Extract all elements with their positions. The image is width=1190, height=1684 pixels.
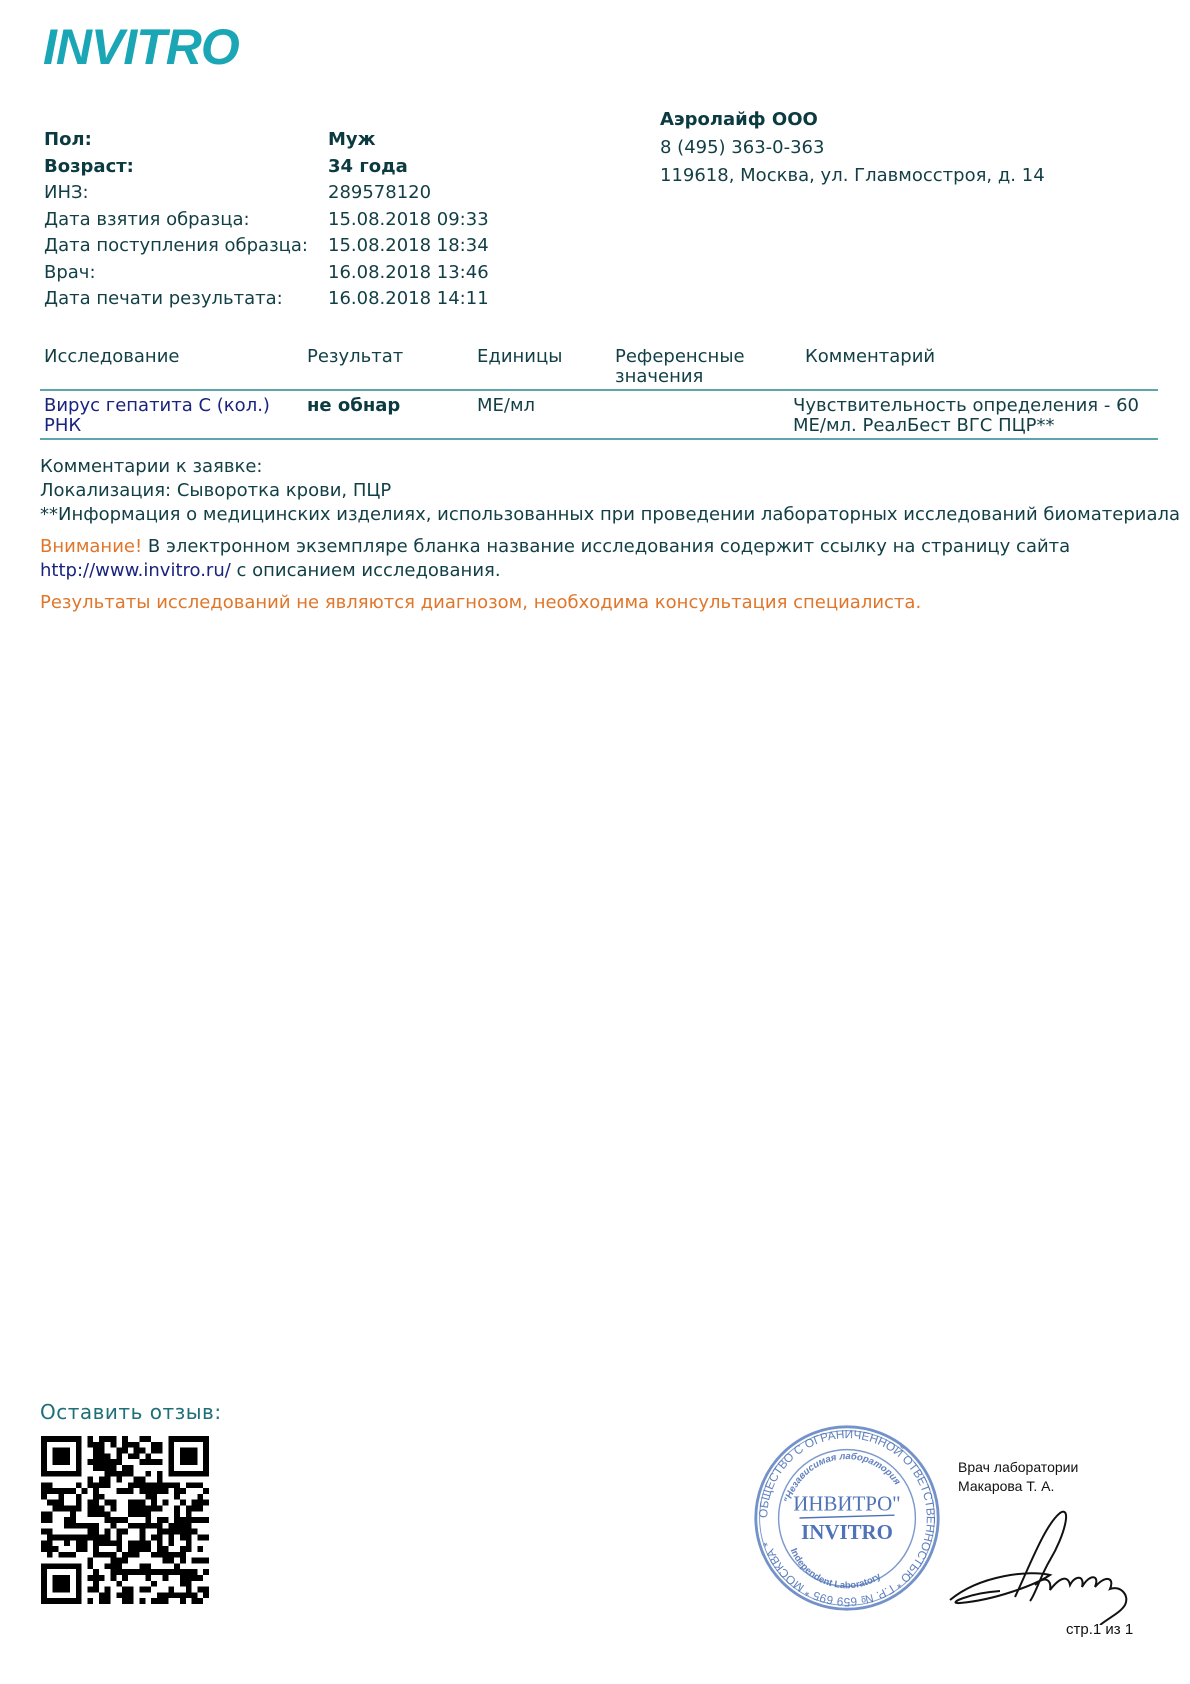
comments-block: Комментарии к заявке: Локализация: Сывор… [40, 455, 1180, 615]
table-row: Вирус гепатита С (кол.)РНК не обнар МЕ/м… [0, 396, 1190, 436]
field-label: Врач: [44, 259, 96, 287]
feedback-label: Оставить отзыв: [40, 1400, 222, 1424]
header-test: Исследование [44, 347, 179, 367]
svg-text:ИНВИТРО": ИНВИТРО" [793, 1491, 900, 1515]
patient-info: Пол:МужВозраст:34 годаИНЗ:289578120Дата … [0, 126, 640, 326]
doctor-title: Врач лаборатории [958, 1458, 1078, 1477]
field-label: Дата печати результата: [44, 285, 283, 313]
field-label: Дата поступления образца: [44, 232, 308, 260]
field-value: 289578120 [328, 179, 431, 207]
field-label: Возраст: [44, 153, 134, 181]
field-value: 15.08.2018 09:33 [328, 206, 489, 234]
header-result: Результат [307, 347, 403, 367]
header-units: Единицы [477, 347, 562, 367]
table-header: Исследование Результат Единицы Референсн… [0, 347, 1190, 387]
comments-heading: Комментарии к заявке: [40, 455, 1180, 479]
feedback-qr-code[interactable] [41, 1436, 209, 1604]
disclaimer: Результаты исследований не являются диаг… [40, 591, 1180, 615]
table-divider [40, 389, 1158, 391]
field-value: 16.08.2018 13:46 [328, 259, 489, 287]
field-value: Муж [328, 126, 376, 154]
attention-label: Внимание! [40, 536, 142, 557]
test-name-link[interactable]: Вирус гепатита С (кол.)РНК [44, 396, 270, 436]
comment-value: Чувствительность определения - 60МЕ/мл. … [793, 396, 1139, 436]
table-divider [40, 438, 1158, 440]
comments-footnote: **Информация о медицинских изделиях, исп… [40, 503, 1180, 527]
field-label: Дата взятия образца: [44, 206, 250, 234]
signature-icon [940, 1505, 1140, 1625]
svg-text:INVITRO: INVITRO [801, 1520, 893, 1544]
header-reference: Референсныезначения [615, 347, 745, 387]
result-value: не обнар [307, 396, 400, 416]
invitro-logo: INVITRO [43, 22, 239, 72]
field-label: Пол: [44, 126, 92, 154]
page-number: стр.1 из 1 [1066, 1621, 1133, 1638]
field-value: 16.08.2018 14:11 [328, 285, 489, 313]
lab-name: Аэролайф ООО [660, 106, 1045, 134]
lab-info: Аэролайф ООО 8 (495) 363-0-363 119618, М… [660, 106, 1045, 190]
units-value: МЕ/мл [477, 396, 535, 416]
field-value: 34 года [328, 153, 408, 181]
lab-phone: 8 (495) 363-0-363 [660, 134, 1045, 162]
invitro-site-link[interactable]: http://www.invitro.ru/ [40, 560, 231, 581]
field-label: ИНЗ: [44, 179, 89, 207]
comments-localization: Локализация: Сыворотка крови, ПЦР [40, 479, 1180, 503]
lab-stamp-icon: ОБЩЕСТВО С ОГРАНИЧЕННОЙ ОТВЕТСТВЕННОСТЬЮ… [752, 1423, 942, 1613]
field-value: 15.08.2018 18:34 [328, 232, 489, 260]
header-comment: Комментарий [805, 347, 935, 367]
doctor-name: Макарова Т. А. [958, 1477, 1078, 1496]
lab-address: 119618, Москва, ул. Главмосстроя, д. 14 [660, 162, 1045, 190]
attention-note: Внимание! В электронном экземпляре бланк… [40, 535, 1180, 583]
doctor-signature-block: Врач лаборатории Макарова Т. А. [958, 1458, 1078, 1496]
